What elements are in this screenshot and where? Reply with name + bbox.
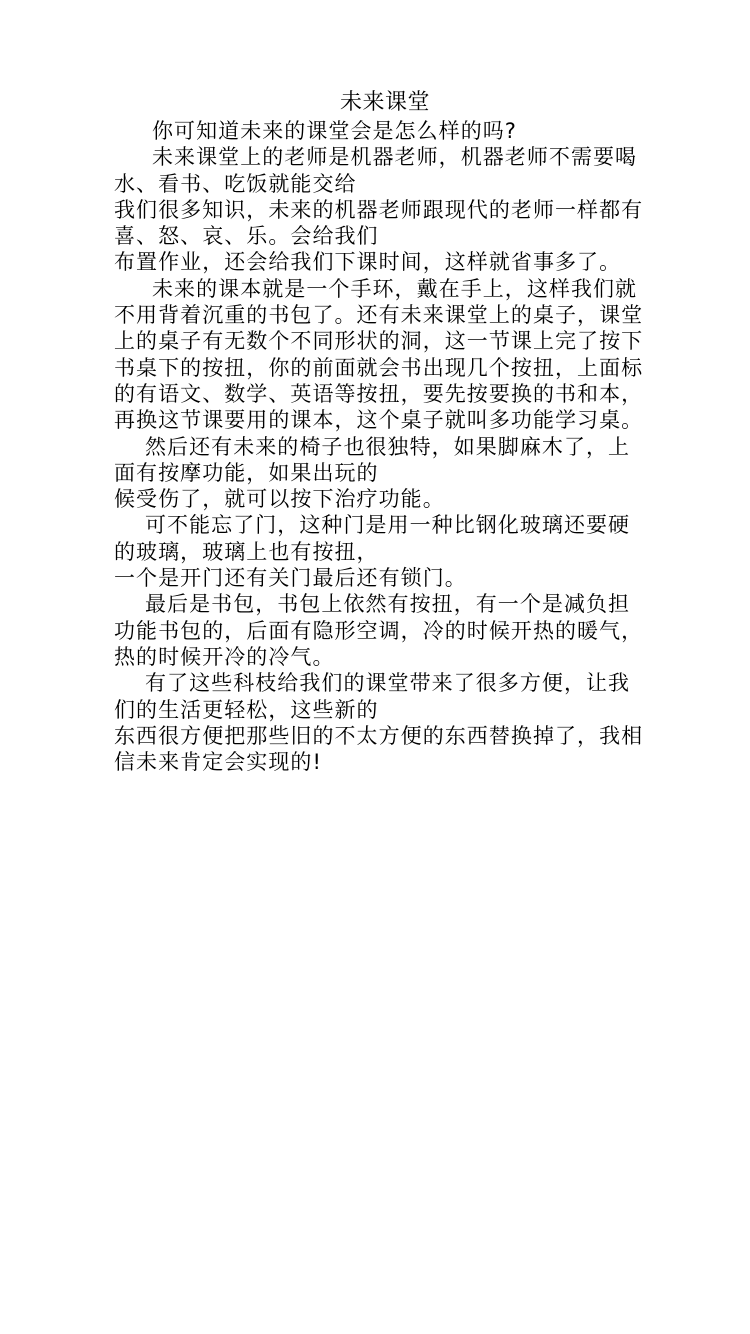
text-line: 然后还有未来的椅子也很独特，如果脚麻木了，上: [114, 434, 662, 460]
text-line: 的玻璃，玻璃上也有按扭，: [114, 539, 662, 565]
text-line: 水、看书、吃饭就能交给: [114, 171, 662, 197]
text-line: 未来课堂上的老师是机器老师，机器老师不需要喝: [114, 144, 662, 170]
text-line: 一个是开门还有关门最后还有锁门。: [114, 565, 662, 591]
text-line: 热的时候开冷的冷气。: [114, 644, 662, 670]
text-line: 未来的课本就是一个手环，戴在手上，这样我们就: [114, 276, 662, 302]
text-line: 上的桌子有无数个不同形状的洞，这一节课上完了按下: [114, 328, 662, 354]
document-body: 你可知道未来的课堂会是怎么样的吗? 未来课堂上的老师是机器老师，机器老师不需要喝…: [114, 118, 662, 775]
text-line: 候受伤了，就可以按下治疗功能。: [114, 486, 662, 512]
text-line: 们的生活更轻松，这些新的: [114, 697, 662, 723]
text-line: 的有语文、数学、英语等按扭，要先按要换的书和本，: [114, 381, 662, 407]
text-line: 我们很多知识，未来的机器老师跟现代的老师一样都有: [114, 197, 662, 223]
text-line: 可不能忘了门，这种门是用一种比钢化玻璃还要硬: [114, 512, 662, 538]
document: 未来课堂 你可知道未来的课堂会是怎么样的吗? 未来课堂上的老师是机器老师，机器老…: [114, 88, 662, 775]
text-line: 书桌下的按扭，你的前面就会书出现几个按扭，上面标: [114, 355, 662, 381]
text-line: 布置作业，还会给我们下课时间，这样就省事多了。: [114, 249, 662, 275]
text-line: 有了这些科枝给我们的课堂带来了很多方便，让我: [114, 670, 662, 696]
document-title: 未来课堂: [108, 88, 662, 118]
text-line: 面有按摩功能，如果出玩的: [114, 460, 662, 486]
text-line: 不用背着沉重的书包了。还有未来课堂上的桌子，课堂: [114, 302, 662, 328]
text-line: 信未来肯定会实现的!: [114, 749, 662, 775]
text-line: 功能书包的，后面有隐形空调，冷的时候开热的暖气，: [114, 618, 662, 644]
text-line: 你可知道未来的课堂会是怎么样的吗?: [114, 118, 662, 144]
text-line: 再换这节课要用的课本，这个桌子就叫多功能学习桌。: [114, 407, 662, 433]
text-line: 东西很方便把那些旧的不太方便的东西替换掉了，我相: [114, 723, 662, 749]
text-line: 最后是书包，书包上依然有按扭，有一个是减负担: [114, 591, 662, 617]
text-line: 喜、怒、哀、乐。会给我们: [114, 223, 662, 249]
